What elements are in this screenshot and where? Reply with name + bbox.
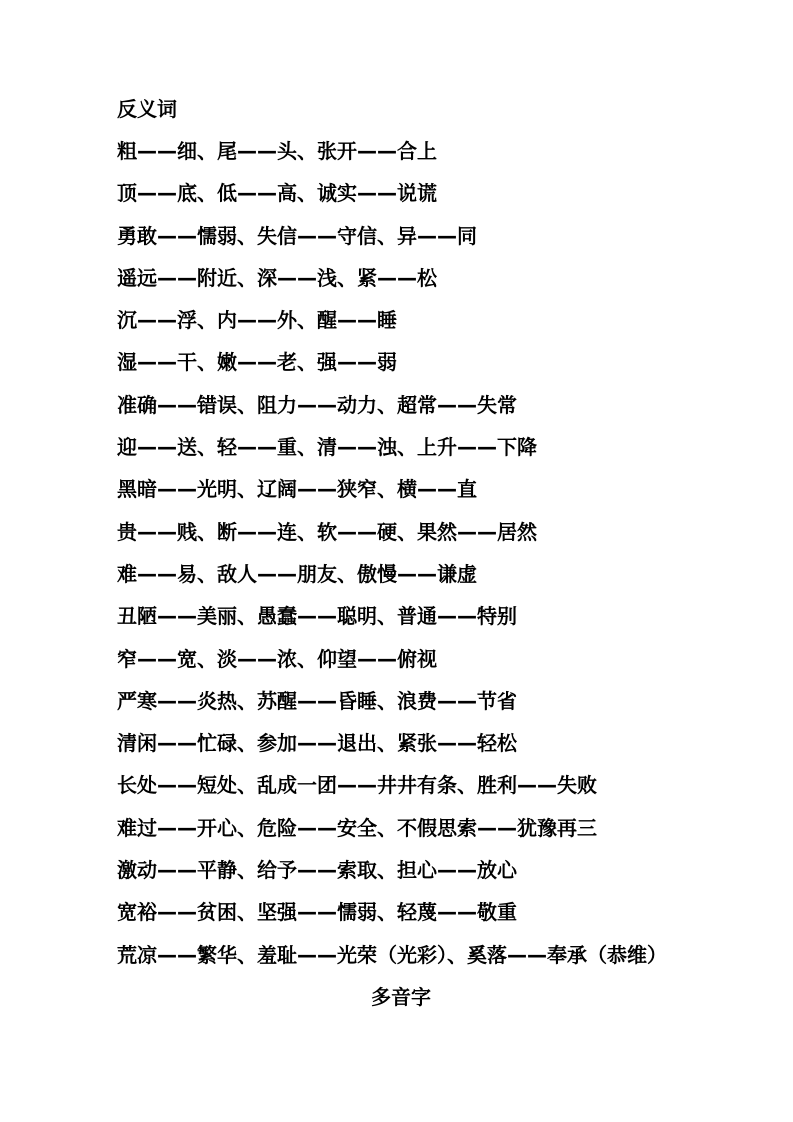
antonym-line: 激动——平静、给予——索取、担心——放心 <box>117 849 685 891</box>
antonym-line: 荒凉——繁华、羞耻——光荣（光彩）、奚落——奉承（恭维） <box>117 934 685 976</box>
antonym-line: 沉——浮、内——外、醒——睡 <box>117 299 685 341</box>
section-title-antonyms: 反义词 <box>117 88 685 130</box>
antonym-line: 贵——贱、断——连、软——硬、果然——居然 <box>117 511 685 553</box>
antonym-line: 窄——宽、淡——浓、仰望——俯视 <box>117 638 685 680</box>
antonym-line: 准确——错误、阻力——动力、超常——失常 <box>117 384 685 426</box>
antonym-line: 湿——干、嫩——老、强——弱 <box>117 341 685 383</box>
antonym-line: 丑陋——美丽、愚蠢——聪明、普通——特别 <box>117 595 685 637</box>
document-page: 反义词 粗——细、尾——头、张开——合上 顶——底、低——高、诚实——说谎 勇敢… <box>0 0 793 1122</box>
antonym-line: 顶——底、低——高、诚实——说谎 <box>117 172 685 214</box>
antonym-line: 难过——开心、危险——安全、不假思索——犹豫再三 <box>117 807 685 849</box>
antonym-line: 遥远——附近、深——浅、紧——松 <box>117 257 685 299</box>
antonym-line: 难——易、敌人——朋友、傲慢——谦虚 <box>117 553 685 595</box>
antonym-line: 清闲——忙碌、参加——退出、紧张——轻松 <box>117 722 685 764</box>
antonym-line: 宽裕——贫困、坚强——懦弱、轻蔑——敬重 <box>117 891 685 933</box>
antonym-line: 粗——细、尾——头、张开——合上 <box>117 130 685 172</box>
section-title-polyphones: 多音字 <box>117 976 685 1018</box>
antonym-line: 长处——短处、乱成一团——井井有条、胜利——失败 <box>117 764 685 806</box>
antonym-line: 黑暗——光明、辽阔——狭窄、横——直 <box>117 468 685 510</box>
antonym-line: 严寒——炎热、苏醒——昏睡、浪费——节省 <box>117 680 685 722</box>
antonym-line: 迎——送、轻——重、清——浊、上升——下降 <box>117 426 685 468</box>
antonym-line: 勇敢——懦弱、失信——守信、异——同 <box>117 215 685 257</box>
